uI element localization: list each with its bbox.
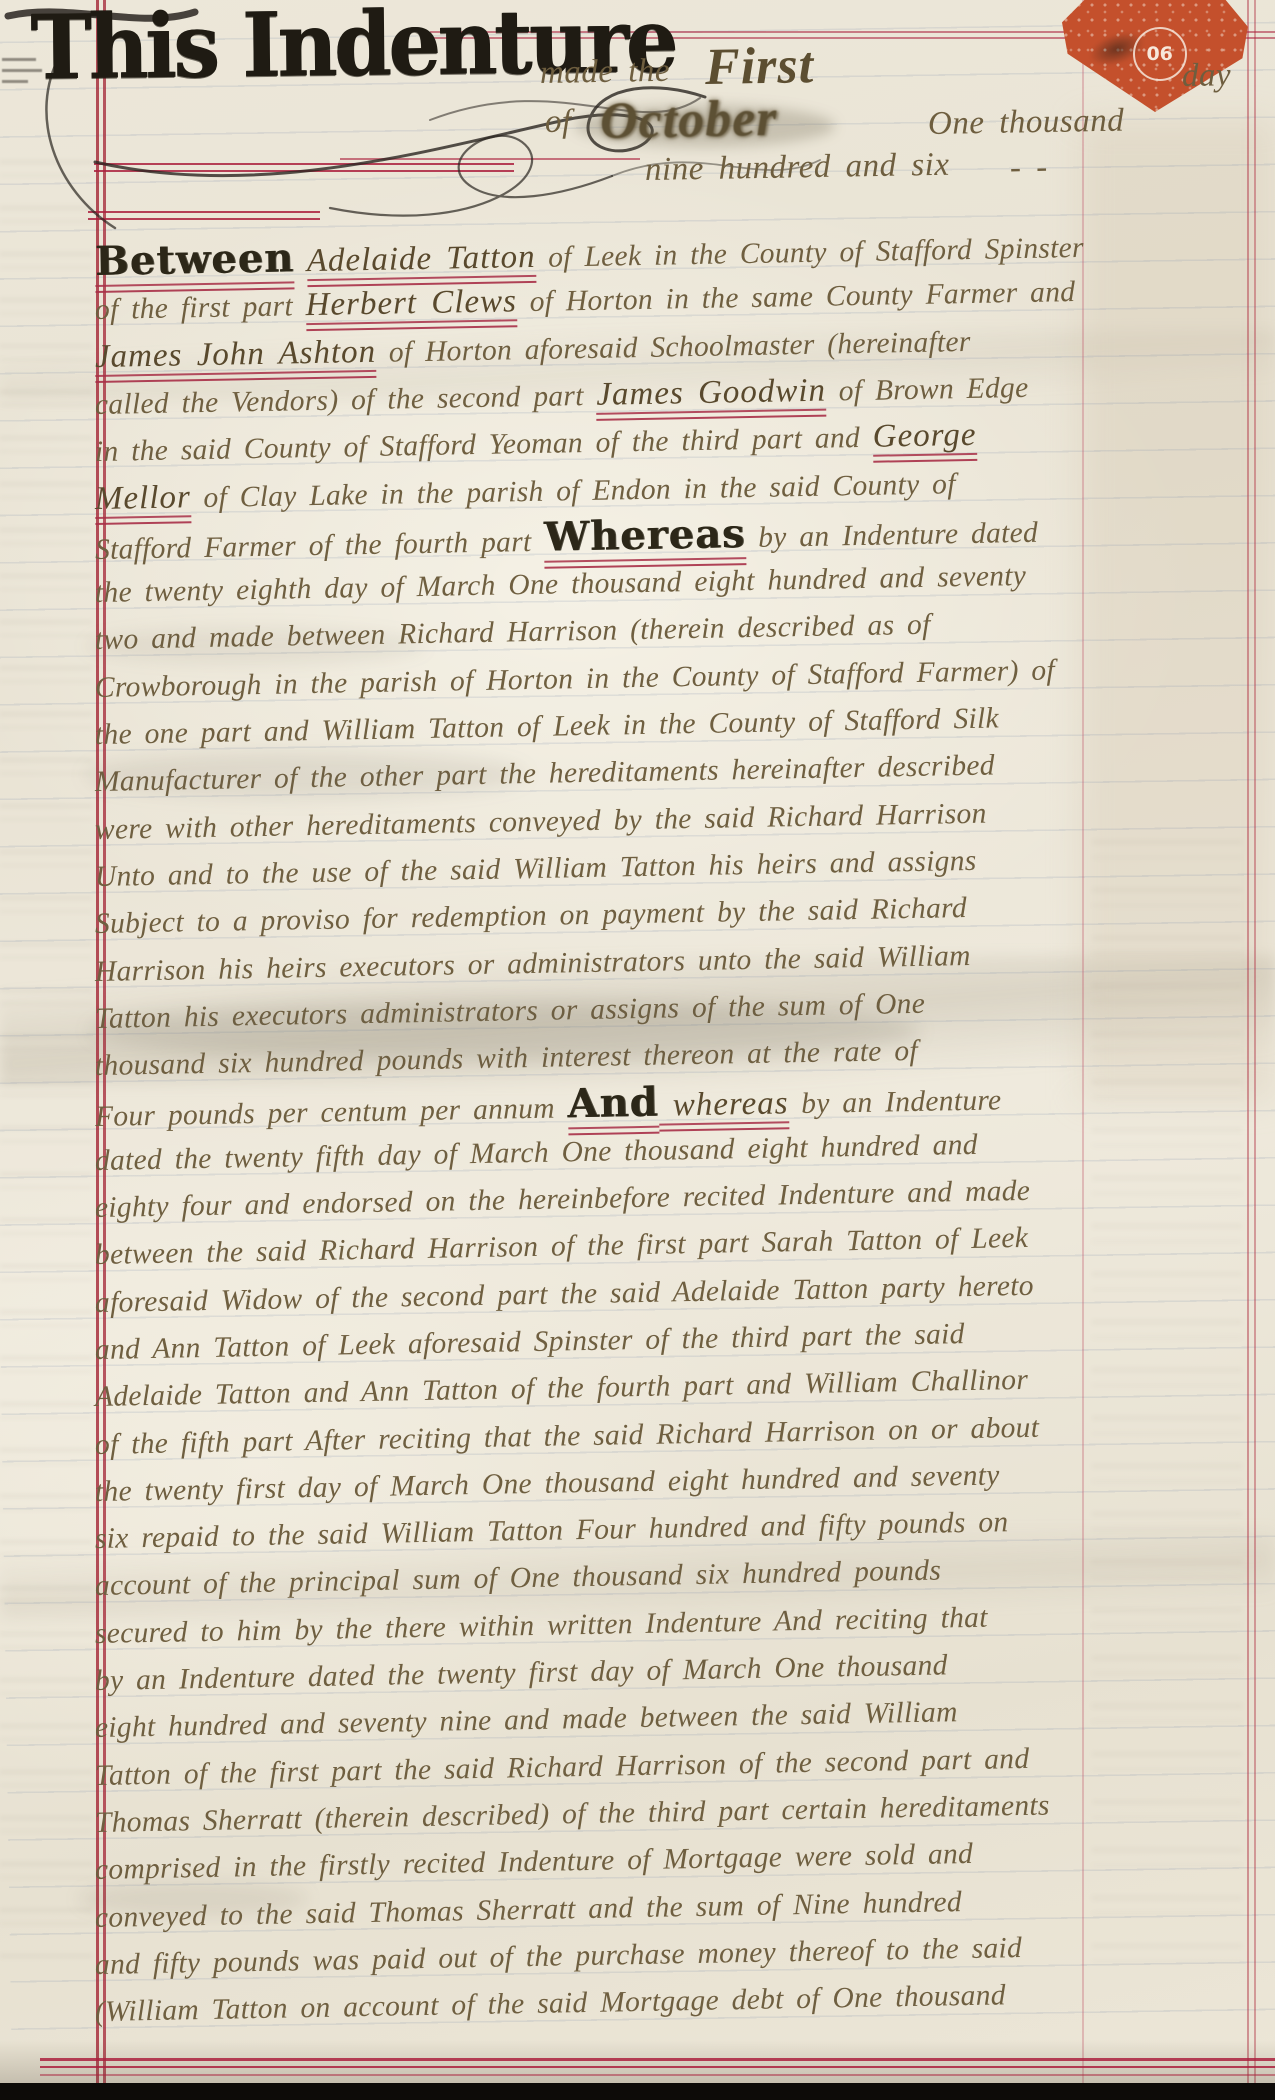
header-red-rule bbox=[94, 163, 514, 165]
bottom-shadow bbox=[0, 2040, 1275, 2083]
script-text: of the first part bbox=[95, 290, 306, 326]
script-text: (William Tatton on account of the said M… bbox=[95, 1979, 1006, 2028]
indenture-document-page: This Indenture 06 made the First day of … bbox=[0, 0, 1275, 2100]
script-text: Tatton his executors administrators or a… bbox=[95, 988, 926, 1035]
header-year-2: nine hundred and six bbox=[645, 147, 950, 189]
header-year-marks: - - bbox=[1010, 149, 1048, 187]
script-text: eight hundred and seventy nine and made … bbox=[95, 1696, 958, 1744]
header-red-rule bbox=[88, 218, 320, 220]
script-text: Subject to a proviso for redemption on p… bbox=[95, 892, 967, 940]
header-made-the: made the bbox=[540, 53, 671, 92]
script-text bbox=[294, 246, 307, 278]
ink-showthrough-left bbox=[0, 160, 92, 1960]
script-text: by an Indenture bbox=[788, 1085, 1001, 1121]
script-text: two and made between Richard Harrison (t… bbox=[95, 609, 931, 656]
header-red-rule bbox=[340, 158, 640, 160]
script-text: Four pounds per centum per annum bbox=[95, 1093, 568, 1134]
script-text: by an Indenture dated bbox=[745, 517, 1038, 554]
script-text: Stafford Farmer of the fourth part bbox=[95, 526, 545, 566]
script-text: of Brown Edge bbox=[826, 372, 1029, 408]
header-day-label: day bbox=[1182, 57, 1232, 95]
script-text: conveyed to the said Thomas Sherratt and… bbox=[95, 1886, 963, 1934]
scan-edge bbox=[0, 2083, 1275, 2100]
header-red-rule bbox=[88, 211, 320, 213]
stamp-value-ring: 06 bbox=[1133, 27, 1187, 81]
script-text: of Horton aforesaid Schoolmaster (herein… bbox=[376, 326, 971, 369]
script-text: account of the principal sum of One thou… bbox=[95, 1555, 942, 1603]
script-text: in the said County of Stafford Yeoman of… bbox=[95, 422, 873, 468]
header-month: October bbox=[599, 89, 777, 151]
script-text: thousand six hundred pounds with interes… bbox=[95, 1035, 918, 1082]
script-text: of Clay Lake in the parish of Endon in t… bbox=[191, 468, 956, 514]
header-year-1: One thousand bbox=[928, 103, 1125, 143]
script-text: Harrison his heirs executors or administ… bbox=[95, 939, 971, 987]
script-text: called the Vendors) of the second part bbox=[95, 380, 597, 421]
emphasized-text: Mellor bbox=[95, 479, 192, 526]
header-of: of bbox=[545, 104, 572, 141]
script-text: comprised in the firstly recited Indentu… bbox=[95, 1838, 974, 1886]
revenue-stamp: 06 bbox=[1062, 0, 1248, 112]
stamp-value: 06 bbox=[1146, 43, 1172, 65]
emphasized-text: George bbox=[872, 417, 977, 464]
document-body: Between Adelaide Tatton of Leek in the C… bbox=[95, 238, 1275, 2048]
script-text: of Horton in the same County Farmer and bbox=[517, 276, 1076, 318]
header-day-word: First bbox=[704, 36, 814, 97]
header-red-rule bbox=[94, 170, 514, 172]
